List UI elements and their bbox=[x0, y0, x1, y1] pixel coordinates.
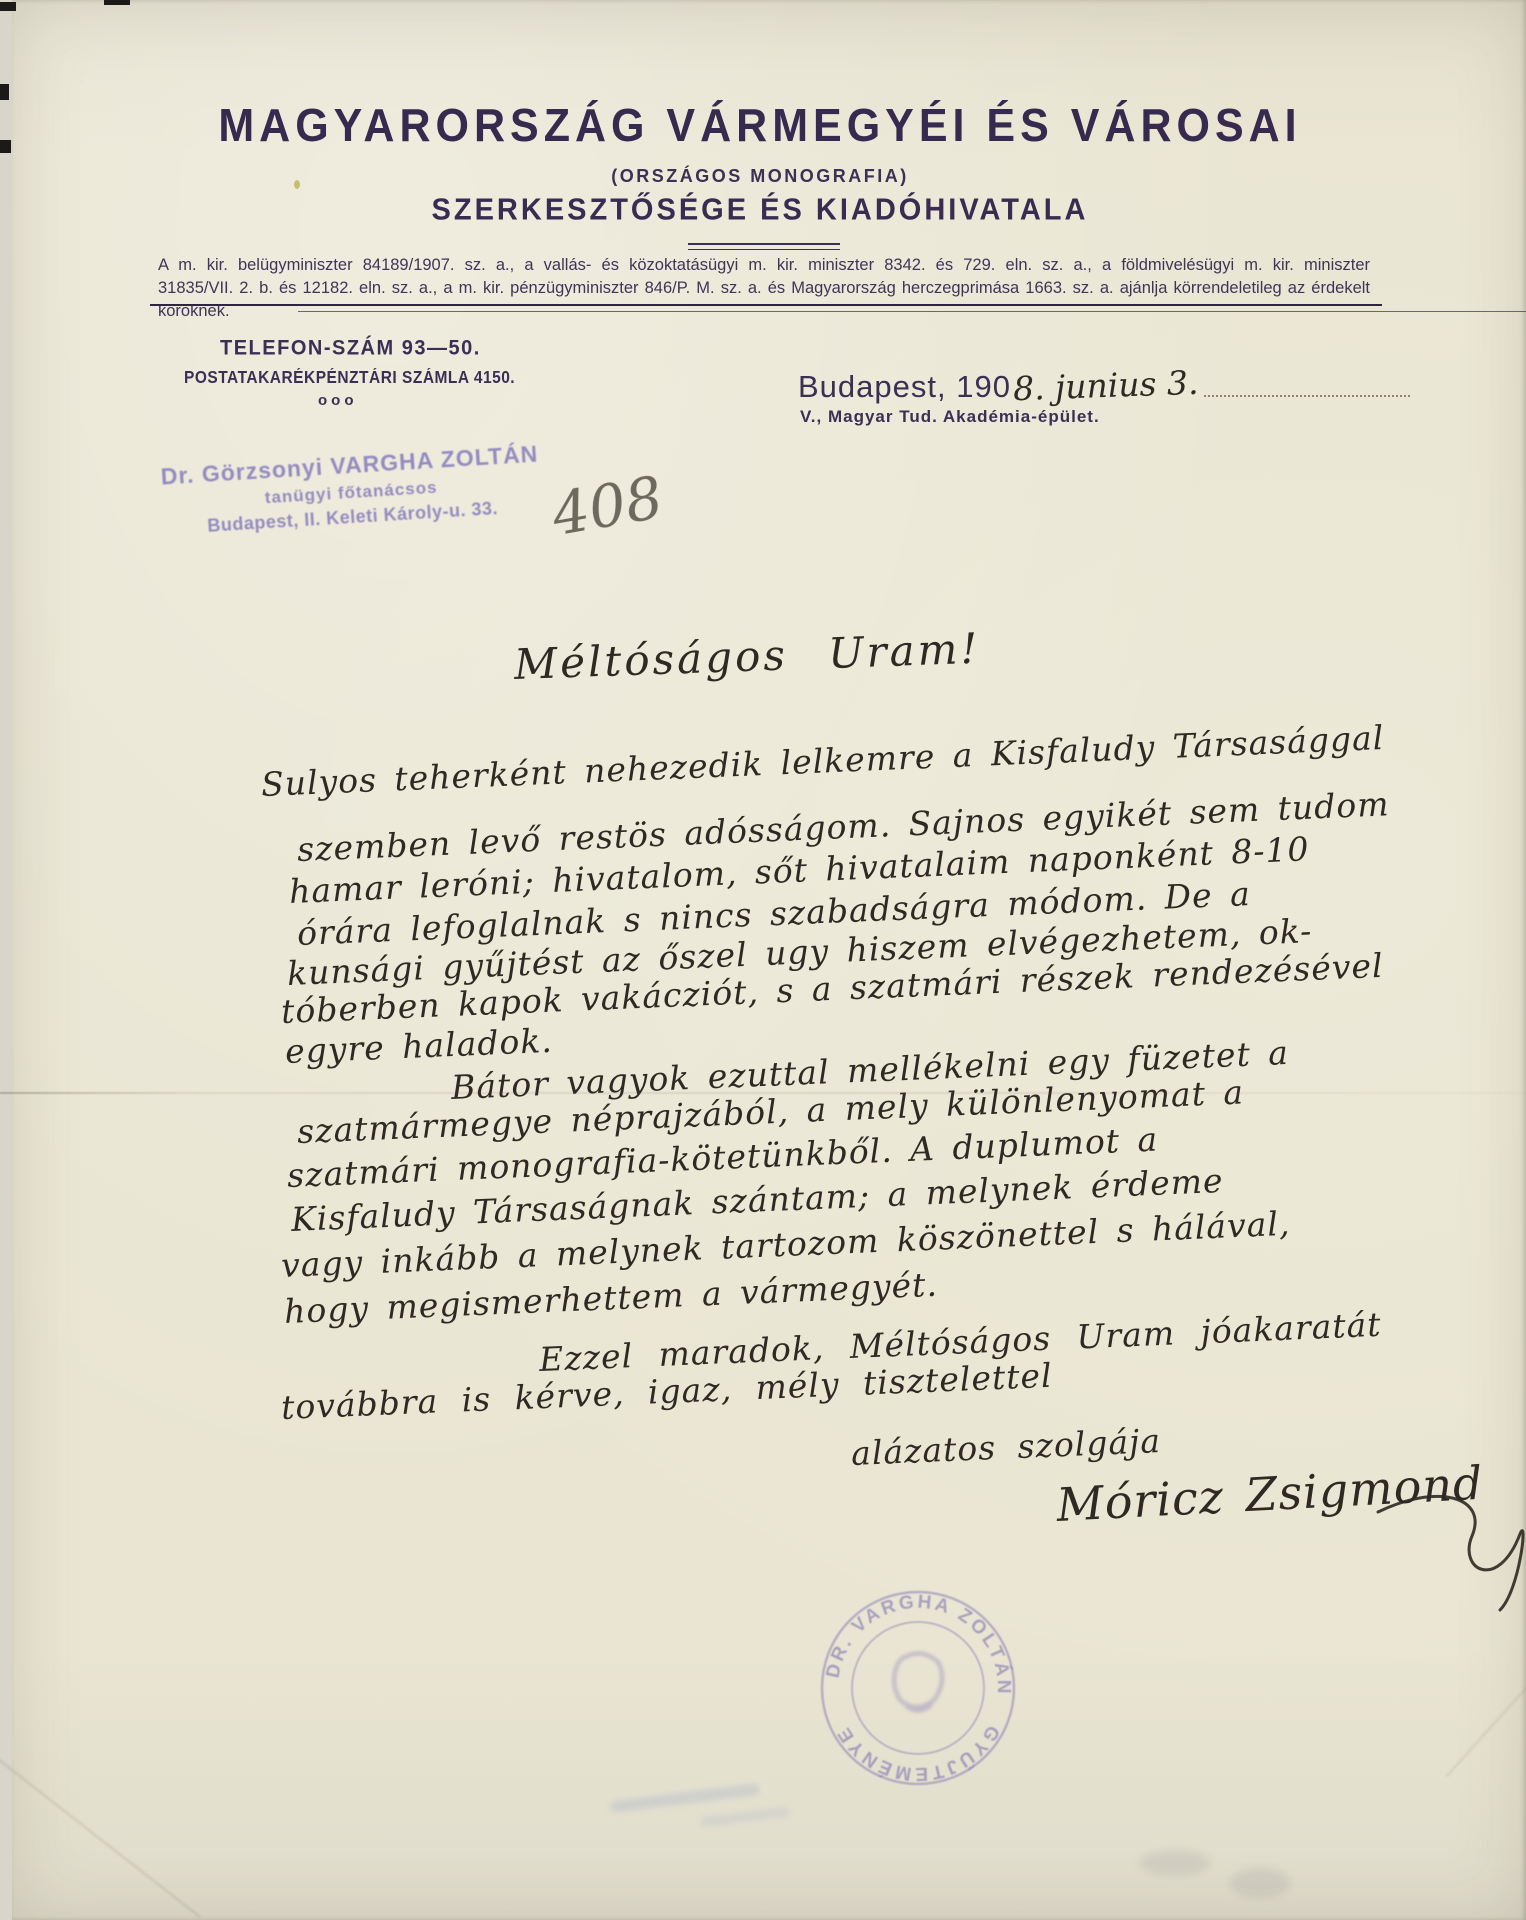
signature-flourish-stroke bbox=[1370, 1470, 1526, 1620]
dateline-handwritten: 8. junius 3. bbox=[1012, 363, 1199, 408]
scan-edge-mark bbox=[104, 0, 130, 5]
postal-account-number: POSTATAKARÉKPÉNZTÁRI SZÁMLA 4150. bbox=[184, 368, 515, 389]
scan-edge-mark bbox=[0, 140, 11, 153]
header-divider-rule bbox=[150, 304, 1382, 306]
scanned-letter: MAGYARORSZÁG VÁRMEGYÉI ÉS VÁROSAI (ORSZÁ… bbox=[0, 0, 1526, 1920]
endorsement-line-2: 31835/VII. 2. b. és 12182. eln. sz. a., … bbox=[158, 277, 1370, 323]
collection-stamp: · DR. VARGHA ZOLTÁN GYŰJTEMÉNYE bbox=[808, 1578, 1028, 1798]
dateline-dotted-rule bbox=[1204, 369, 1410, 397]
ministerial-endorsement: A m. kir. belügyminiszter 84189/1907. sz… bbox=[158, 254, 1370, 323]
scan-edge-mark bbox=[0, 84, 9, 100]
svg-text:GYŰJTEMÉNYE: GYŰJTEMÉNYE bbox=[833, 1721, 1004, 1784]
fold-crease bbox=[0, 1092, 1526, 1094]
header-divider-rule-2 bbox=[298, 311, 1526, 312]
endorsement-line-1: A m. kir. belügyminiszter 84189/1907. sz… bbox=[158, 254, 1370, 277]
letterhead-office-line: SZERKESZTŐSÉGE ÉS KIADÓHIVATALA bbox=[150, 193, 1370, 228]
office-address: V., Magyar Tud. Akadémia-épület. bbox=[800, 407, 1100, 427]
faint-smudge bbox=[1230, 1868, 1290, 1898]
stamp-arc-bottom-text: GYŰJTEMÉNYE bbox=[833, 1721, 1004, 1784]
letterhead-subtitle: (ORSZÁGOS MONOGRAFIA) bbox=[150, 166, 1370, 187]
stamp-crest bbox=[894, 1653, 942, 1710]
faint-smudge bbox=[1140, 1850, 1210, 1876]
dateline-printed: Budapest, 190 bbox=[798, 369, 1011, 405]
telephone-number: TELEFON-SZÁM 93—50. bbox=[220, 336, 481, 360]
letterhead-title: MAGYARORSZÁG VÁRMEGYÉI ÉS VÁROSAI bbox=[150, 100, 1370, 153]
scan-edge-mark bbox=[0, 2, 16, 11]
dateline: Budapest, 190 8. junius 3. bbox=[798, 366, 1410, 405]
ornament-ooo: ooo bbox=[318, 392, 358, 409]
stamp-inner-ring bbox=[852, 1622, 984, 1754]
ornamental-rule bbox=[688, 243, 840, 250]
